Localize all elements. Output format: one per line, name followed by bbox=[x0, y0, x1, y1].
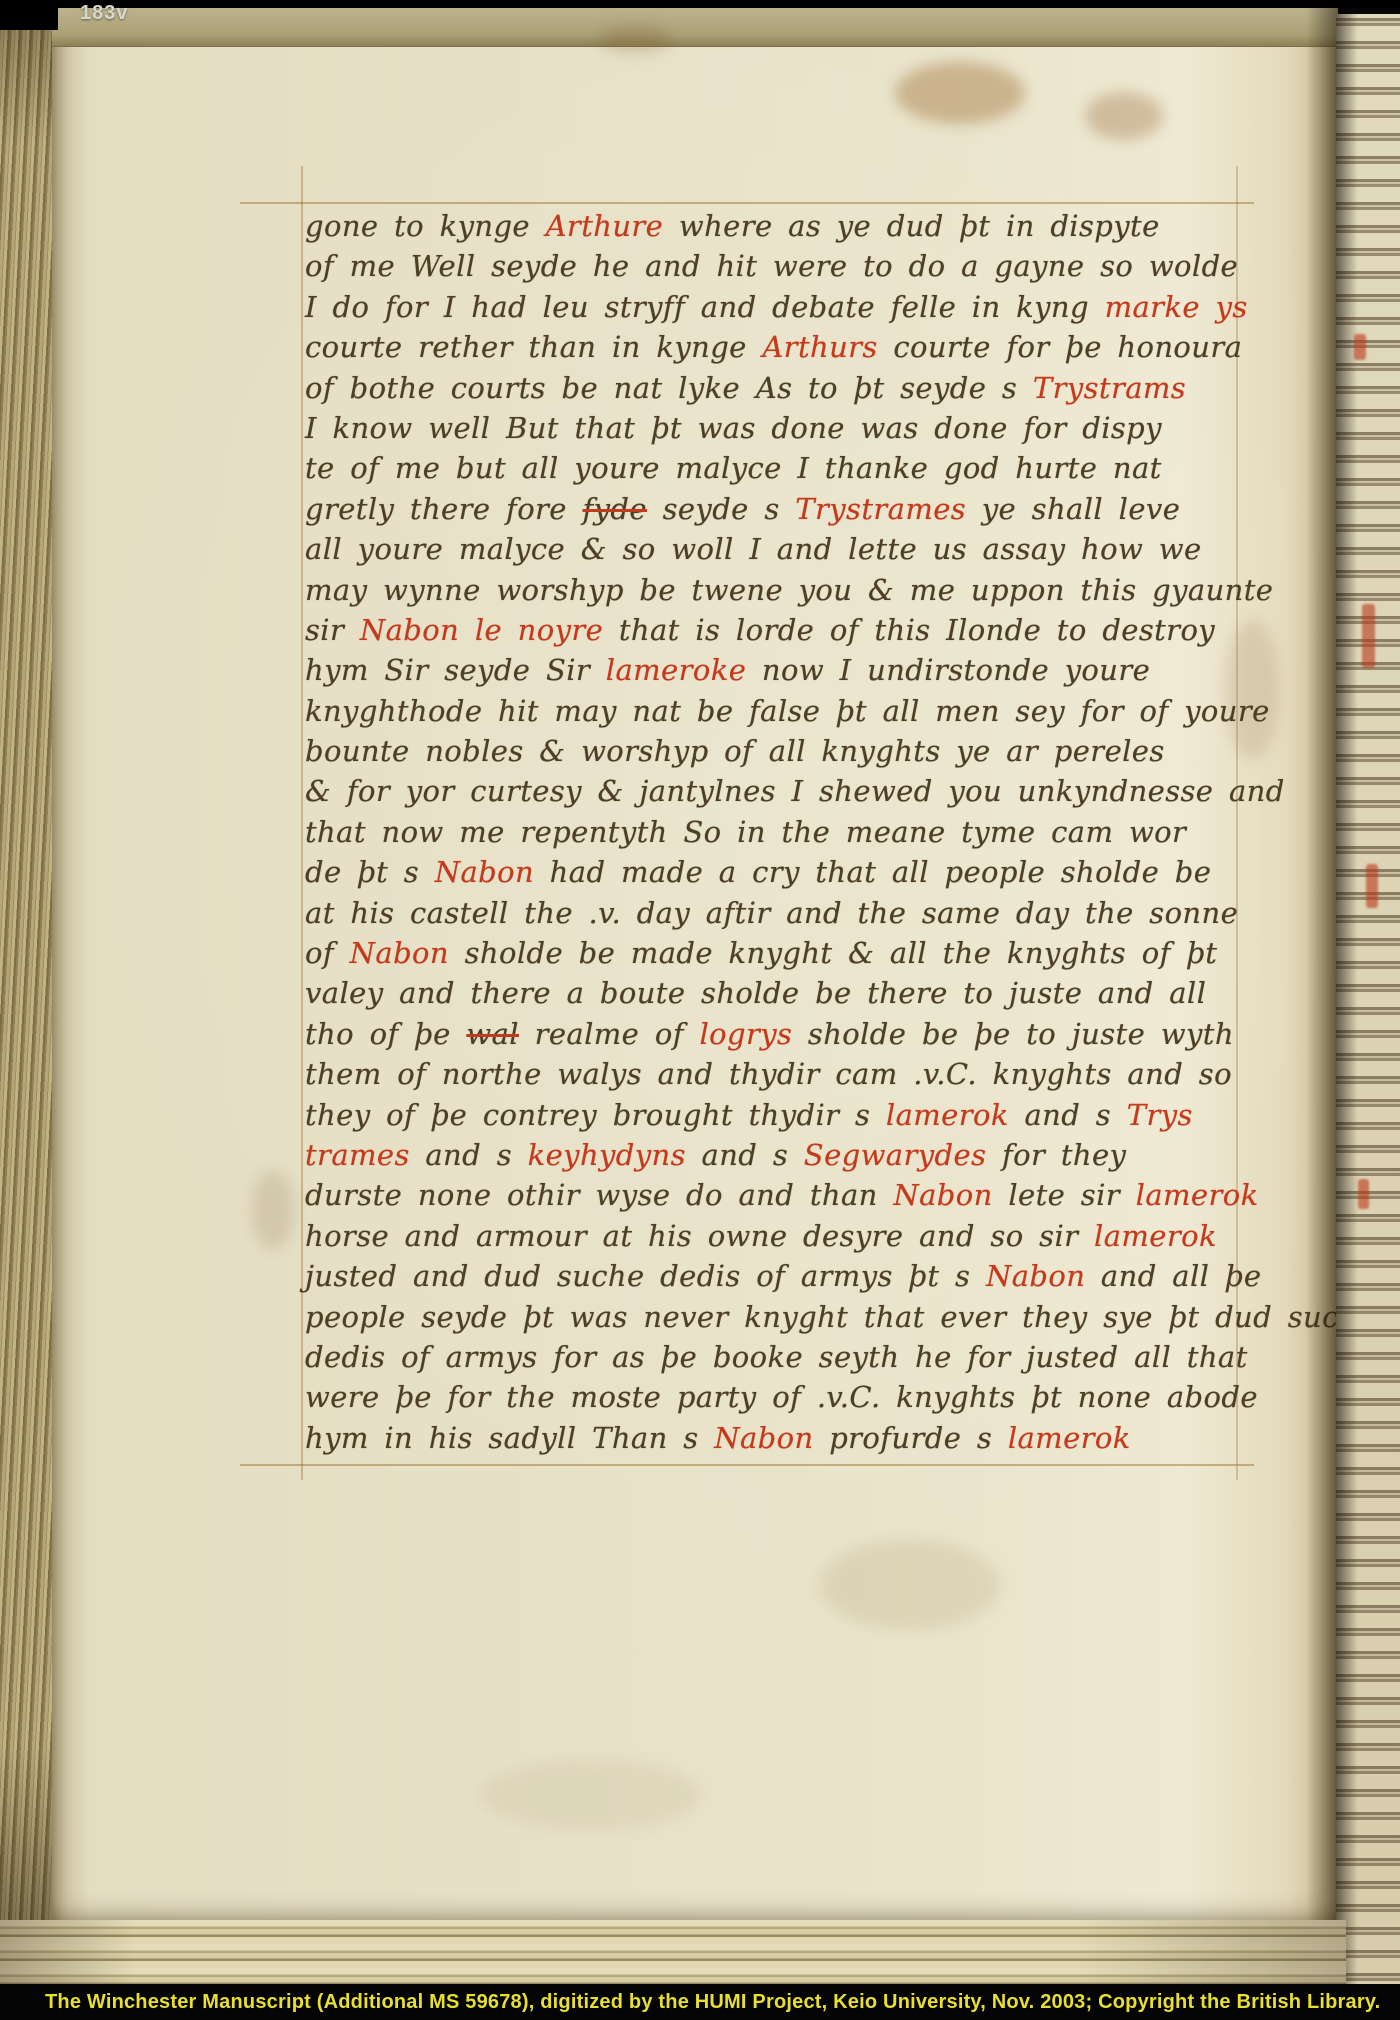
ink-text: justed and dud suche dedis of armys þt s bbox=[305, 1259, 986, 1293]
ink-text: horse and armour at his owne desyre and … bbox=[305, 1219, 1094, 1253]
rubricated-text: lamerok bbox=[1008, 1421, 1131, 1455]
ink-text: seyde s bbox=[647, 492, 795, 526]
rubricated-text: Trys bbox=[1127, 1098, 1193, 1132]
ink-text: and all þe bbox=[1085, 1259, 1261, 1293]
ink-text: them of northe walys and thydir cam .v.C… bbox=[305, 1057, 1232, 1091]
ink-text: for they bbox=[986, 1138, 1126, 1172]
manuscript-line: trames and s keyhydyns and s Segwarydes … bbox=[305, 1135, 1239, 1175]
rubricated-text: Arthure bbox=[546, 209, 664, 243]
ink-text: of me Well seyde he and hit were to do a… bbox=[305, 249, 1238, 283]
rubricated-text: keyhydyns bbox=[528, 1138, 686, 1172]
rubricated-text: lamerok bbox=[1136, 1178, 1259, 1212]
manuscript-line: hym Sir seyde Sir lameroke now I undirst… bbox=[305, 650, 1239, 690]
manuscript-line: valey and there a boute sholde be there … bbox=[305, 973, 1239, 1013]
rubricated-text: Nabon le noyre bbox=[360, 613, 603, 647]
parchment-stain bbox=[600, 26, 670, 52]
ink-text: of bbox=[305, 936, 350, 970]
rubricated-text: Trystrames bbox=[795, 492, 966, 526]
manuscript-line: that now me repentyth So in the meane ty… bbox=[305, 812, 1239, 852]
caption-text: The Winchester Manuscript (Additional MS… bbox=[45, 1991, 1380, 2014]
ink-text: realme of bbox=[519, 1017, 700, 1051]
ink-text: de þt s bbox=[305, 855, 435, 889]
facing-page-edge bbox=[1336, 14, 1400, 1990]
rubricated-text: Arthurs bbox=[762, 330, 877, 364]
ink-text: knyghthode hit may nat be false þt all m… bbox=[305, 694, 1270, 728]
folio-number-label: 183v bbox=[80, 2, 129, 25]
ruled-line-top bbox=[240, 202, 1254, 204]
ink-text: valey and there a boute sholde be there … bbox=[305, 976, 1206, 1010]
manuscript-line: de þt s Nabon had made a cry that all pe… bbox=[305, 852, 1239, 892]
manuscript-line: of me Well seyde he and hit were to do a… bbox=[305, 246, 1239, 286]
ink-text: gone to kynge bbox=[305, 209, 546, 243]
manuscript-line: them of northe walys and thydir cam .v.C… bbox=[305, 1054, 1239, 1094]
manuscript-line: gretly there fore fyde seyde s Trystrame… bbox=[305, 489, 1239, 529]
ink-text: te of me but all youre malyce I thanke g… bbox=[305, 451, 1162, 485]
rubricated-text: lamerok bbox=[1094, 1219, 1217, 1253]
ink-text: they of þe contrey brought thydir s bbox=[305, 1098, 886, 1132]
ink-text: wal bbox=[466, 1017, 519, 1051]
ink-text: now I undirstonde youre bbox=[746, 653, 1150, 687]
manuscript-line: tho of þe wal realme of logrys sholde be… bbox=[305, 1014, 1239, 1054]
facing-page-rubric-mark bbox=[1362, 604, 1375, 668]
ink-text: that now me repentyth So in the meane ty… bbox=[305, 815, 1186, 849]
ink-text: I know well But that þt was done was don… bbox=[305, 411, 1162, 445]
book-bottom-page-edges bbox=[0, 1920, 1346, 1986]
ink-text: courte for þe honoura bbox=[878, 330, 1243, 364]
ink-text: people seyde þt was never knyght that ev… bbox=[305, 1300, 1358, 1334]
ink-text: had made a cry that all people sholde be bbox=[534, 855, 1211, 889]
manuscript-line: may wynne worshyp be twene you & me uppo… bbox=[305, 570, 1239, 610]
ink-text: sir bbox=[305, 613, 360, 647]
ink-text: courte rether than in kynge bbox=[305, 330, 762, 364]
page-top-edge bbox=[52, 8, 1338, 47]
rubricated-text: trames bbox=[305, 1138, 410, 1172]
manuscript-line: justed and dud suche dedis of armys þt s… bbox=[305, 1256, 1239, 1296]
ink-text: profurde s bbox=[814, 1421, 1008, 1455]
ink-text: and s bbox=[686, 1138, 804, 1172]
manuscript-line: of Nabon sholde be made knyght & all the… bbox=[305, 933, 1239, 973]
rubricated-text: Nabon bbox=[893, 1178, 992, 1212]
manuscript-line: dedis of armys for as þe booke seyth he … bbox=[305, 1337, 1239, 1377]
ink-text: sholde be made knyght & all the knyghts … bbox=[449, 936, 1217, 970]
rubricated-text: Trystrams bbox=[1033, 371, 1186, 405]
parchment-stain bbox=[252, 1170, 294, 1250]
manuscript-photo-viewer: gone to kynge Arthure where as ye dud þt… bbox=[0, 0, 1400, 2020]
parchment-stain bbox=[895, 62, 1025, 124]
manuscript-line: I do for I had leu stryff and debate fel… bbox=[305, 287, 1239, 327]
ruled-line-bottom bbox=[240, 1464, 1254, 1466]
ink-text: of bothe courts be nat lyke As to þt sey… bbox=[305, 371, 1033, 405]
caption-bar: The Winchester Manuscript (Additional MS… bbox=[0, 1984, 1400, 2020]
manuscript-line: courte rether than in kynge Arthurs cour… bbox=[305, 327, 1239, 367]
ink-text: lete sir bbox=[993, 1178, 1136, 1212]
rubricated-text: logrys bbox=[699, 1017, 792, 1051]
ink-text: tho of þe bbox=[305, 1017, 466, 1051]
ink-text: ye shall leve bbox=[966, 492, 1180, 526]
ink-text: may wynne worshyp be twene you & me uppo… bbox=[305, 573, 1273, 607]
manuscript-line: were þe for the moste party of .v.C. kny… bbox=[305, 1377, 1239, 1417]
manuscript-line: durste none othir wyse do and than Nabon… bbox=[305, 1175, 1239, 1215]
manuscript-line: knyghthode hit may nat be false þt all m… bbox=[305, 691, 1239, 731]
facing-page-rubric-mark bbox=[1358, 1179, 1369, 1209]
top-left-black-corner bbox=[0, 0, 58, 30]
parchment-stain bbox=[1085, 92, 1163, 140]
parchment-stain bbox=[820, 1540, 1000, 1630]
rubricated-text: Nabon bbox=[435, 855, 534, 889]
manuscript-line: bounte nobles & worshyp of all knyghts y… bbox=[305, 731, 1239, 771]
ink-text: at his castell the .v. day aftir and the… bbox=[305, 896, 1238, 930]
manuscript-line: te of me but all youre malyce I thanke g… bbox=[305, 448, 1239, 488]
ink-text: dedis of armys for as þe booke seyth he … bbox=[305, 1340, 1248, 1374]
manuscript-line: all youre malyce & so woll I and lette u… bbox=[305, 529, 1239, 569]
rubricated-text: Nabon bbox=[714, 1421, 813, 1455]
rubricated-text: Nabon bbox=[350, 936, 449, 970]
ink-text: where as ye dud þt in dispyte bbox=[663, 209, 1159, 243]
ruled-line-left bbox=[301, 166, 303, 1480]
ink-text: hym Sir seyde Sir bbox=[305, 653, 606, 687]
facing-page-rubric-mark bbox=[1354, 334, 1366, 360]
ink-text: and s bbox=[410, 1138, 528, 1172]
rubricated-text: lamerok bbox=[886, 1098, 1009, 1132]
manuscript-line: of bothe courts be nat lyke As to þt sey… bbox=[305, 368, 1239, 408]
manuscript-line: they of þe contrey brought thydir s lame… bbox=[305, 1095, 1239, 1135]
ink-text: fyde bbox=[583, 492, 647, 526]
ink-text: gretly there fore bbox=[305, 492, 583, 526]
ink-text: all youre malyce & so woll I and lette u… bbox=[305, 532, 1202, 566]
rubricated-text: Segwarydes bbox=[804, 1138, 987, 1172]
ink-text: that is lorde of this Ilonde to destroy bbox=[603, 613, 1215, 647]
ink-text: durste none othir wyse do and than bbox=[305, 1178, 893, 1212]
ink-text: & for yor curtesy & jantylnes I shewed y… bbox=[305, 774, 1285, 808]
manuscript-lines: gone to kynge Arthure where as ye dud þt… bbox=[305, 206, 1239, 1458]
ink-text: and s bbox=[1009, 1098, 1127, 1132]
ink-text: were þe for the moste party of .v.C. kny… bbox=[305, 1380, 1258, 1414]
parchment-stain bbox=[480, 1760, 700, 1830]
manuscript-line: sir Nabon le noyre that is lorde of this… bbox=[305, 610, 1239, 650]
manuscript-line: people seyde þt was never knyght that ev… bbox=[305, 1297, 1239, 1337]
rubricated-text: lameroke bbox=[606, 653, 746, 687]
manuscript-line: I know well But that þt was done was don… bbox=[305, 408, 1239, 448]
manuscript-line: hym in his sadyll Than s Nabon profurde … bbox=[305, 1418, 1239, 1458]
manuscript-line: horse and armour at his owne desyre and … bbox=[305, 1216, 1239, 1256]
manuscript-line: & for yor curtesy & jantylnes I shewed y… bbox=[305, 771, 1239, 811]
rubricated-text: marke ys bbox=[1105, 290, 1248, 324]
manuscript-line: gone to kynge Arthure where as ye dud þt… bbox=[305, 206, 1239, 246]
facing-page-rubric-mark bbox=[1366, 864, 1378, 908]
ink-text: bounte nobles & worshyp of all knyghts y… bbox=[305, 734, 1165, 768]
ink-text: hym in his sadyll Than s bbox=[305, 1421, 714, 1455]
top-black-border bbox=[0, 0, 1400, 8]
gutter-crease-shadow bbox=[1306, 8, 1338, 1924]
rubricated-text: Nabon bbox=[986, 1259, 1085, 1293]
ink-text: sholde be þe to juste wyth bbox=[792, 1017, 1234, 1051]
manuscript-line: at his castell the .v. day aftir and the… bbox=[305, 893, 1239, 933]
ink-text: I do for I had leu stryff and debate fel… bbox=[305, 290, 1105, 324]
